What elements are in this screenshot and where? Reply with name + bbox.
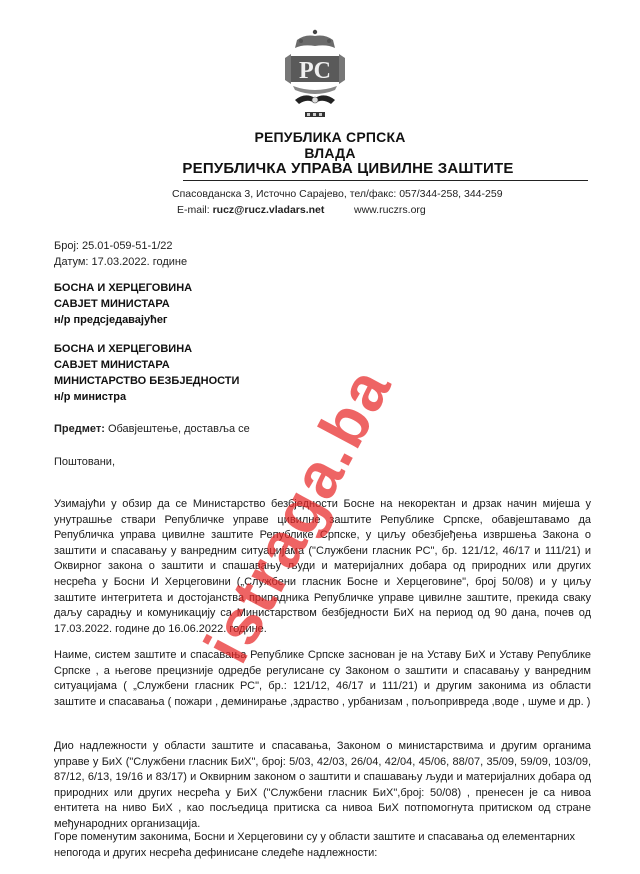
header-republic: РЕПУБЛИКА СРПСКА	[10, 129, 640, 145]
body-paragraph-3: Дио надлежности у области заштите и спас…	[54, 739, 591, 833]
recipient-1-line-3: н/р предсједавајућег	[54, 312, 192, 328]
document-date: Датум: 17.03.2022. године	[54, 256, 187, 268]
body-paragraph-4: Горе поменутим законима, Босни и Херцего…	[54, 830, 591, 861]
header-address: Спасовданска 3, Источно Сарајево, тел/фа…	[172, 188, 503, 200]
subject-label: Предмет:	[54, 423, 105, 435]
header-contact-line: E-mail: rucz@rucz.vladars.net www.ruczrs…	[177, 204, 324, 216]
document-number: Број: 25.01-059-51-1/22	[54, 240, 173, 252]
recipient-2-line-4: н/р министра	[54, 389, 239, 405]
recipient-1-line-2: САВЈЕТ МИНИСТАРА	[54, 296, 192, 312]
subject-line: Предмет: Обавјештење, доставља се	[54, 423, 250, 435]
website-link[interactable]: www.ruczrs.org	[354, 204, 426, 216]
email-label: E-mail:	[177, 204, 213, 216]
recipient-1-line-1: БОСНА И ХЕРЦЕГОВИНА	[54, 280, 192, 296]
header-agency: РЕПУБЛИЧКА УПРАВА ЦИВИЛНЕ ЗАШТИТЕ	[28, 160, 640, 177]
recipient-2-line-1: БОСНА И ХЕРЦЕГОВИНА	[54, 341, 239, 357]
header-divider	[183, 180, 588, 181]
greeting: Поштовани,	[54, 456, 115, 468]
recipient-2-line-3: МИНИСТАРСТВО БЕЗБЈЕДНОСТИ	[54, 373, 239, 389]
subject-text: Обавјештење, доставља се	[105, 423, 250, 435]
svg-text:PC: PC	[299, 58, 331, 84]
recipient-block-1: БОСНА И ХЕРЦЕГОВИНА САВЈЕТ МИНИСТАРА н/р…	[54, 280, 192, 328]
header-government: ВЛАДА	[10, 145, 640, 161]
document-page: PC РЕПУБЛИКА СРПСКА ВЛАДА РЕПУБЛИЧКА УПР…	[0, 0, 640, 874]
body-paragraph-2: Наиме, систем заштите и спасавања Републ…	[54, 648, 591, 710]
email-link[interactable]: rucz@rucz.vladars.net	[213, 204, 325, 216]
coat-of-arms-icon: PC	[275, 28, 355, 120]
recipient-2-line-2: САВЈЕТ МИНИСТАРА	[54, 357, 239, 373]
recipient-block-2: БОСНА И ХЕРЦЕГОВИНА САВЈЕТ МИНИСТАРА МИН…	[54, 341, 239, 405]
